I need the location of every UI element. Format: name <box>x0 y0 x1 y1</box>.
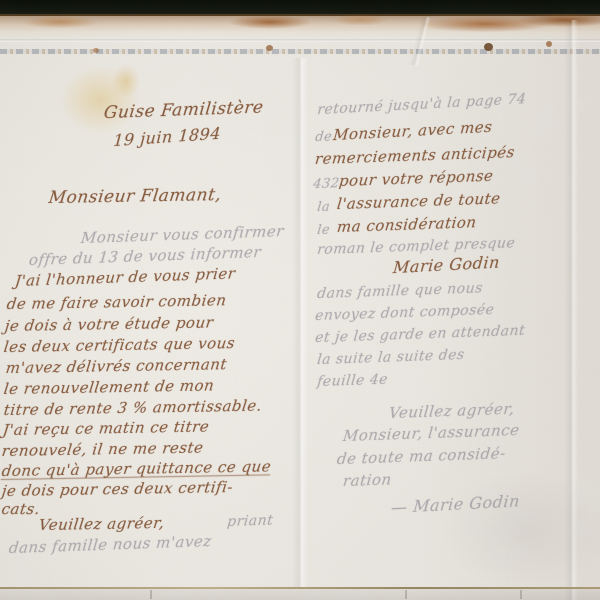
letter-place-line: Guise Familistère <box>103 97 265 123</box>
letter-line: le renouvellement de mon <box>3 376 216 398</box>
letter-line: dans famille nous m'avez <box>8 532 213 557</box>
fold-mark <box>405 590 407 599</box>
rust-speck <box>546 41 552 47</box>
rust-speck <box>484 43 493 51</box>
embossed-crease-line <box>0 39 600 42</box>
letter-line: dans famille que nous <box>316 280 483 302</box>
letter-line: de toute ma considé- <box>336 444 507 468</box>
letter-line: ration <box>342 470 393 490</box>
letter-photograph: Guise Familistère 19 juin 1894 Monsieur … <box>0 0 600 600</box>
rust-stain-strip <box>0 14 600 38</box>
letter-line: la suite la suite des <box>316 347 465 368</box>
letter-line: Monsieur, l'assurance <box>342 421 520 445</box>
center-fold-crease <box>292 58 308 588</box>
fold-mark <box>520 590 522 599</box>
letter-line: de <box>314 129 333 145</box>
letter-line: feuille 4e <box>316 372 388 391</box>
letter-line: J'ai reçu ce matin ce titre <box>2 417 211 439</box>
letter-line: priant <box>226 512 274 530</box>
letter-closing: Veuillez agréer, <box>38 514 166 534</box>
rust-speck <box>266 45 273 51</box>
letter-line: retourné jusqu'à la page 74 <box>317 91 527 118</box>
letter-line: l'assurance de toute <box>336 189 501 213</box>
letter-line: pour votre réponse <box>338 167 494 190</box>
letter-line: je dois à votre étude pour <box>4 313 215 335</box>
wrinkle-shadow <box>440 470 600 590</box>
letter-line: le <box>316 223 330 239</box>
letter-line: je dois pour ces deux certifi- <box>1 478 234 500</box>
letter-line-underlined: donc qu'à payer quittance ce que <box>1 457 273 480</box>
letter-signature: — Marie Godin <box>390 491 520 517</box>
bottom-fold-strip <box>0 589 600 600</box>
letter-line: cats. <box>0 500 41 518</box>
letter-line: remerciements anticipés <box>314 143 516 168</box>
rust-speck <box>93 48 99 53</box>
letter-line: titre de rente 3 % amortissable. <box>3 396 263 419</box>
letter-salutation: Monsieur Flamant, <box>48 185 223 208</box>
letter-line: de me faire savoir combien <box>6 291 228 313</box>
letter-name-line: Marie Godin <box>392 252 500 277</box>
stitched-border-line <box>0 49 600 54</box>
letter-line: ma considération <box>336 213 477 236</box>
letter-line: les deux certificats que vous <box>3 334 236 356</box>
letter-date-line: 19 juin 1894 <box>113 123 222 150</box>
letter-line: renouvelé, il ne me reste <box>1 438 205 460</box>
letter-line: envoyez dont composée <box>314 302 495 324</box>
letter-line: et je les garde en attendant <box>314 323 526 346</box>
paper-stain <box>112 64 140 98</box>
letter-line: la <box>316 200 330 216</box>
letter-line: 432 <box>312 176 340 192</box>
letter-closing-faint: Veuillez agréer, <box>388 400 516 422</box>
letter-line: m'avez délivrés concernant <box>5 355 228 377</box>
fold-mark <box>150 590 152 599</box>
right-edge-crease <box>564 20 578 600</box>
letter-line: Monsieur, avec mes <box>332 118 493 144</box>
